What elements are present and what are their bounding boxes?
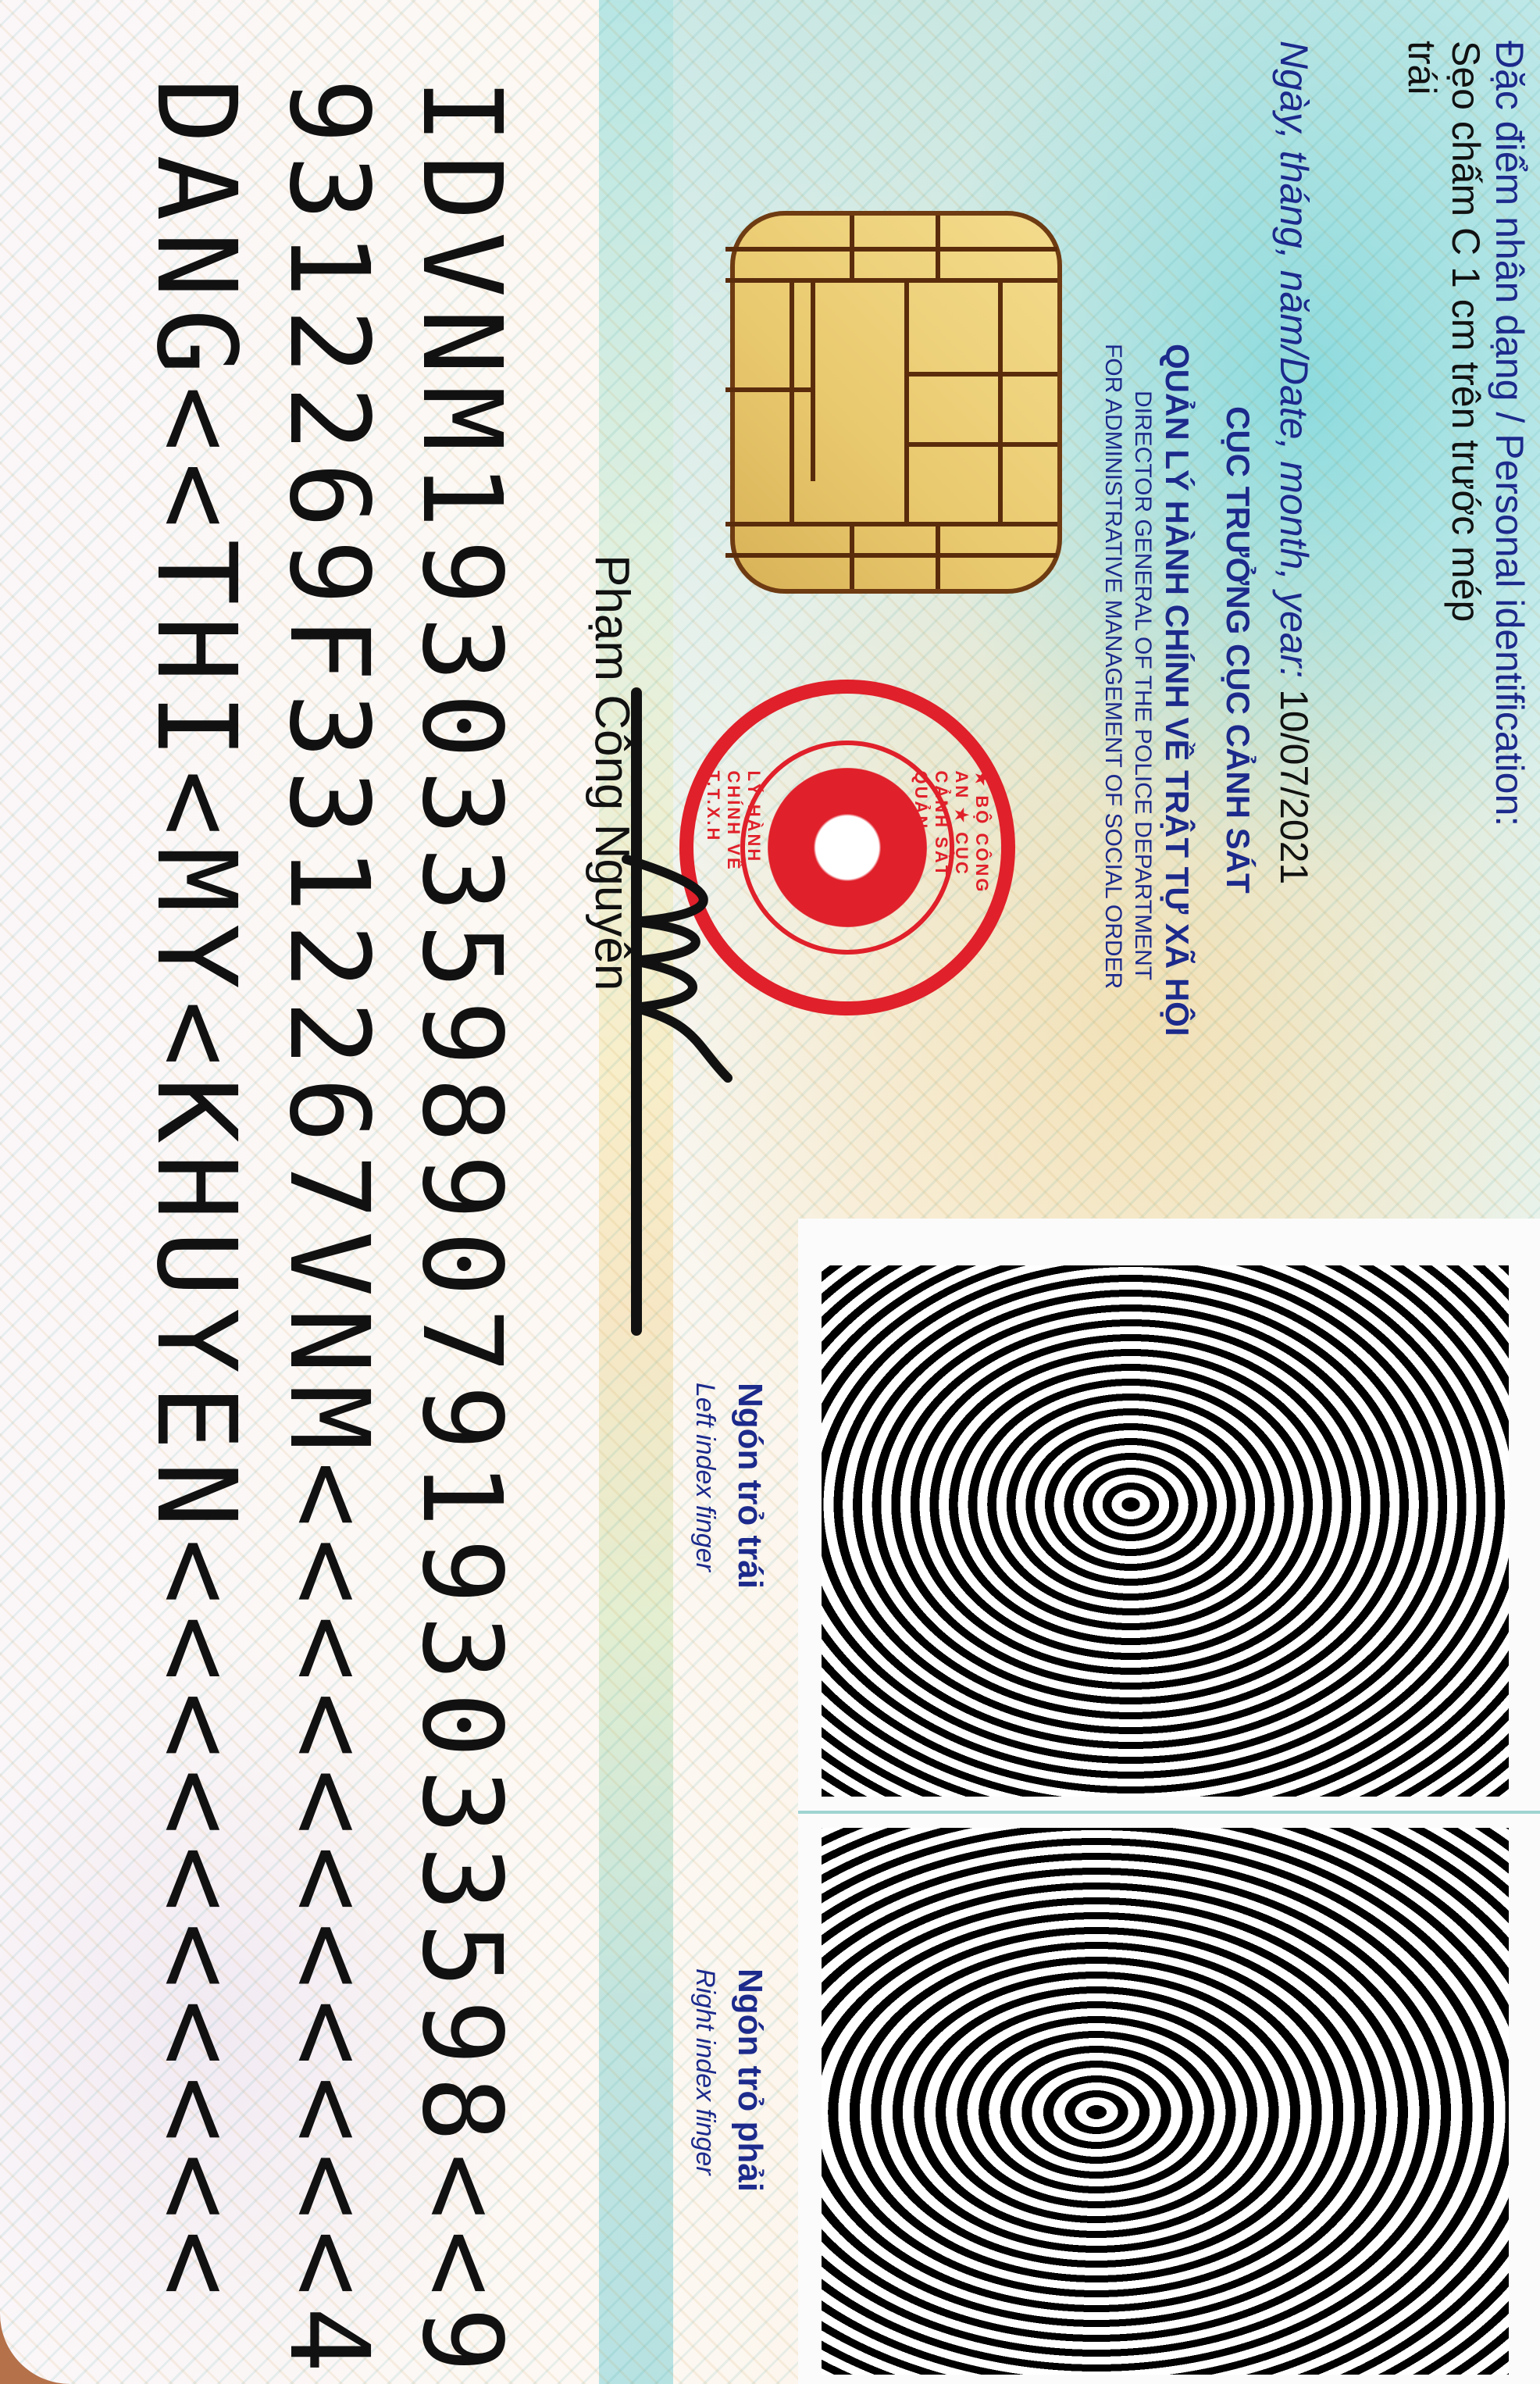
mrz-line-3: DANG<<THI<MY<KHUYEN<<<<<<<<<< bbox=[141, 78, 250, 2307]
issuer-title-en-1: DIRECTOR GENERAL OF THE POLICE DEPARTMEN… bbox=[1131, 391, 1154, 980]
left-finger-label-vi: Ngón trỏ trái bbox=[733, 1383, 767, 1589]
smart-chip-icon bbox=[730, 211, 1062, 594]
fingerprint-icon bbox=[822, 1828, 1509, 2375]
mrz-line-1: IDVNM1930335989079193033598<<9 bbox=[406, 78, 515, 2384]
issuer-title-vi-2: QUẢN LÝ HÀNH CHÍNH VỀ TRẬT TỰ XÃ HỘI bbox=[1160, 344, 1193, 1037]
fingerprint-icon bbox=[822, 1265, 1509, 1797]
issue-date-value: 10/07/2021 bbox=[1272, 689, 1316, 884]
issue-date-label: Ngày, tháng, năm/Date, month, year: bbox=[1272, 41, 1316, 678]
right-finger-label-vi: Ngón trỏ phải bbox=[733, 1968, 767, 2192]
identification-value-line1: Sẹo chấm C 1 cm trên trước mép bbox=[1446, 41, 1485, 622]
identification-label: Đặc điểm nhân dạng / Personal identifica… bbox=[1490, 41, 1529, 826]
left-finger-label-en: Left index finger bbox=[692, 1383, 718, 1572]
seal-text-top: ★ BỘ CÔNG AN ★ CỤC CẢNH SÁT QUẢN bbox=[911, 771, 992, 925]
identification-value-line2: trái bbox=[1403, 41, 1442, 95]
right-finger-label-en: Right index finger bbox=[692, 1968, 718, 2175]
signer-name: Phạm Công Nguyên bbox=[587, 555, 636, 990]
issue-date-row: Ngày, tháng, năm/Date, month, year: 10/0… bbox=[1274, 41, 1314, 884]
id-card-back: Đặc điểm nhân dạng / Personal identifica… bbox=[0, 0, 1540, 2384]
mrz-line-2: 9312269F3312267VNM<<<<<<<<<<<4 bbox=[273, 78, 383, 2384]
issuer-title-en-2: FOR ADMINISTRATIVE MANAGEMENT OF SOCIAL … bbox=[1101, 344, 1125, 989]
issuer-title-vi-1: CỤC TRƯỞNG CỤC CẢNH SÁT bbox=[1221, 406, 1254, 894]
fingerprint-divider bbox=[798, 1811, 1540, 1814]
emblem-icon bbox=[768, 768, 927, 927]
